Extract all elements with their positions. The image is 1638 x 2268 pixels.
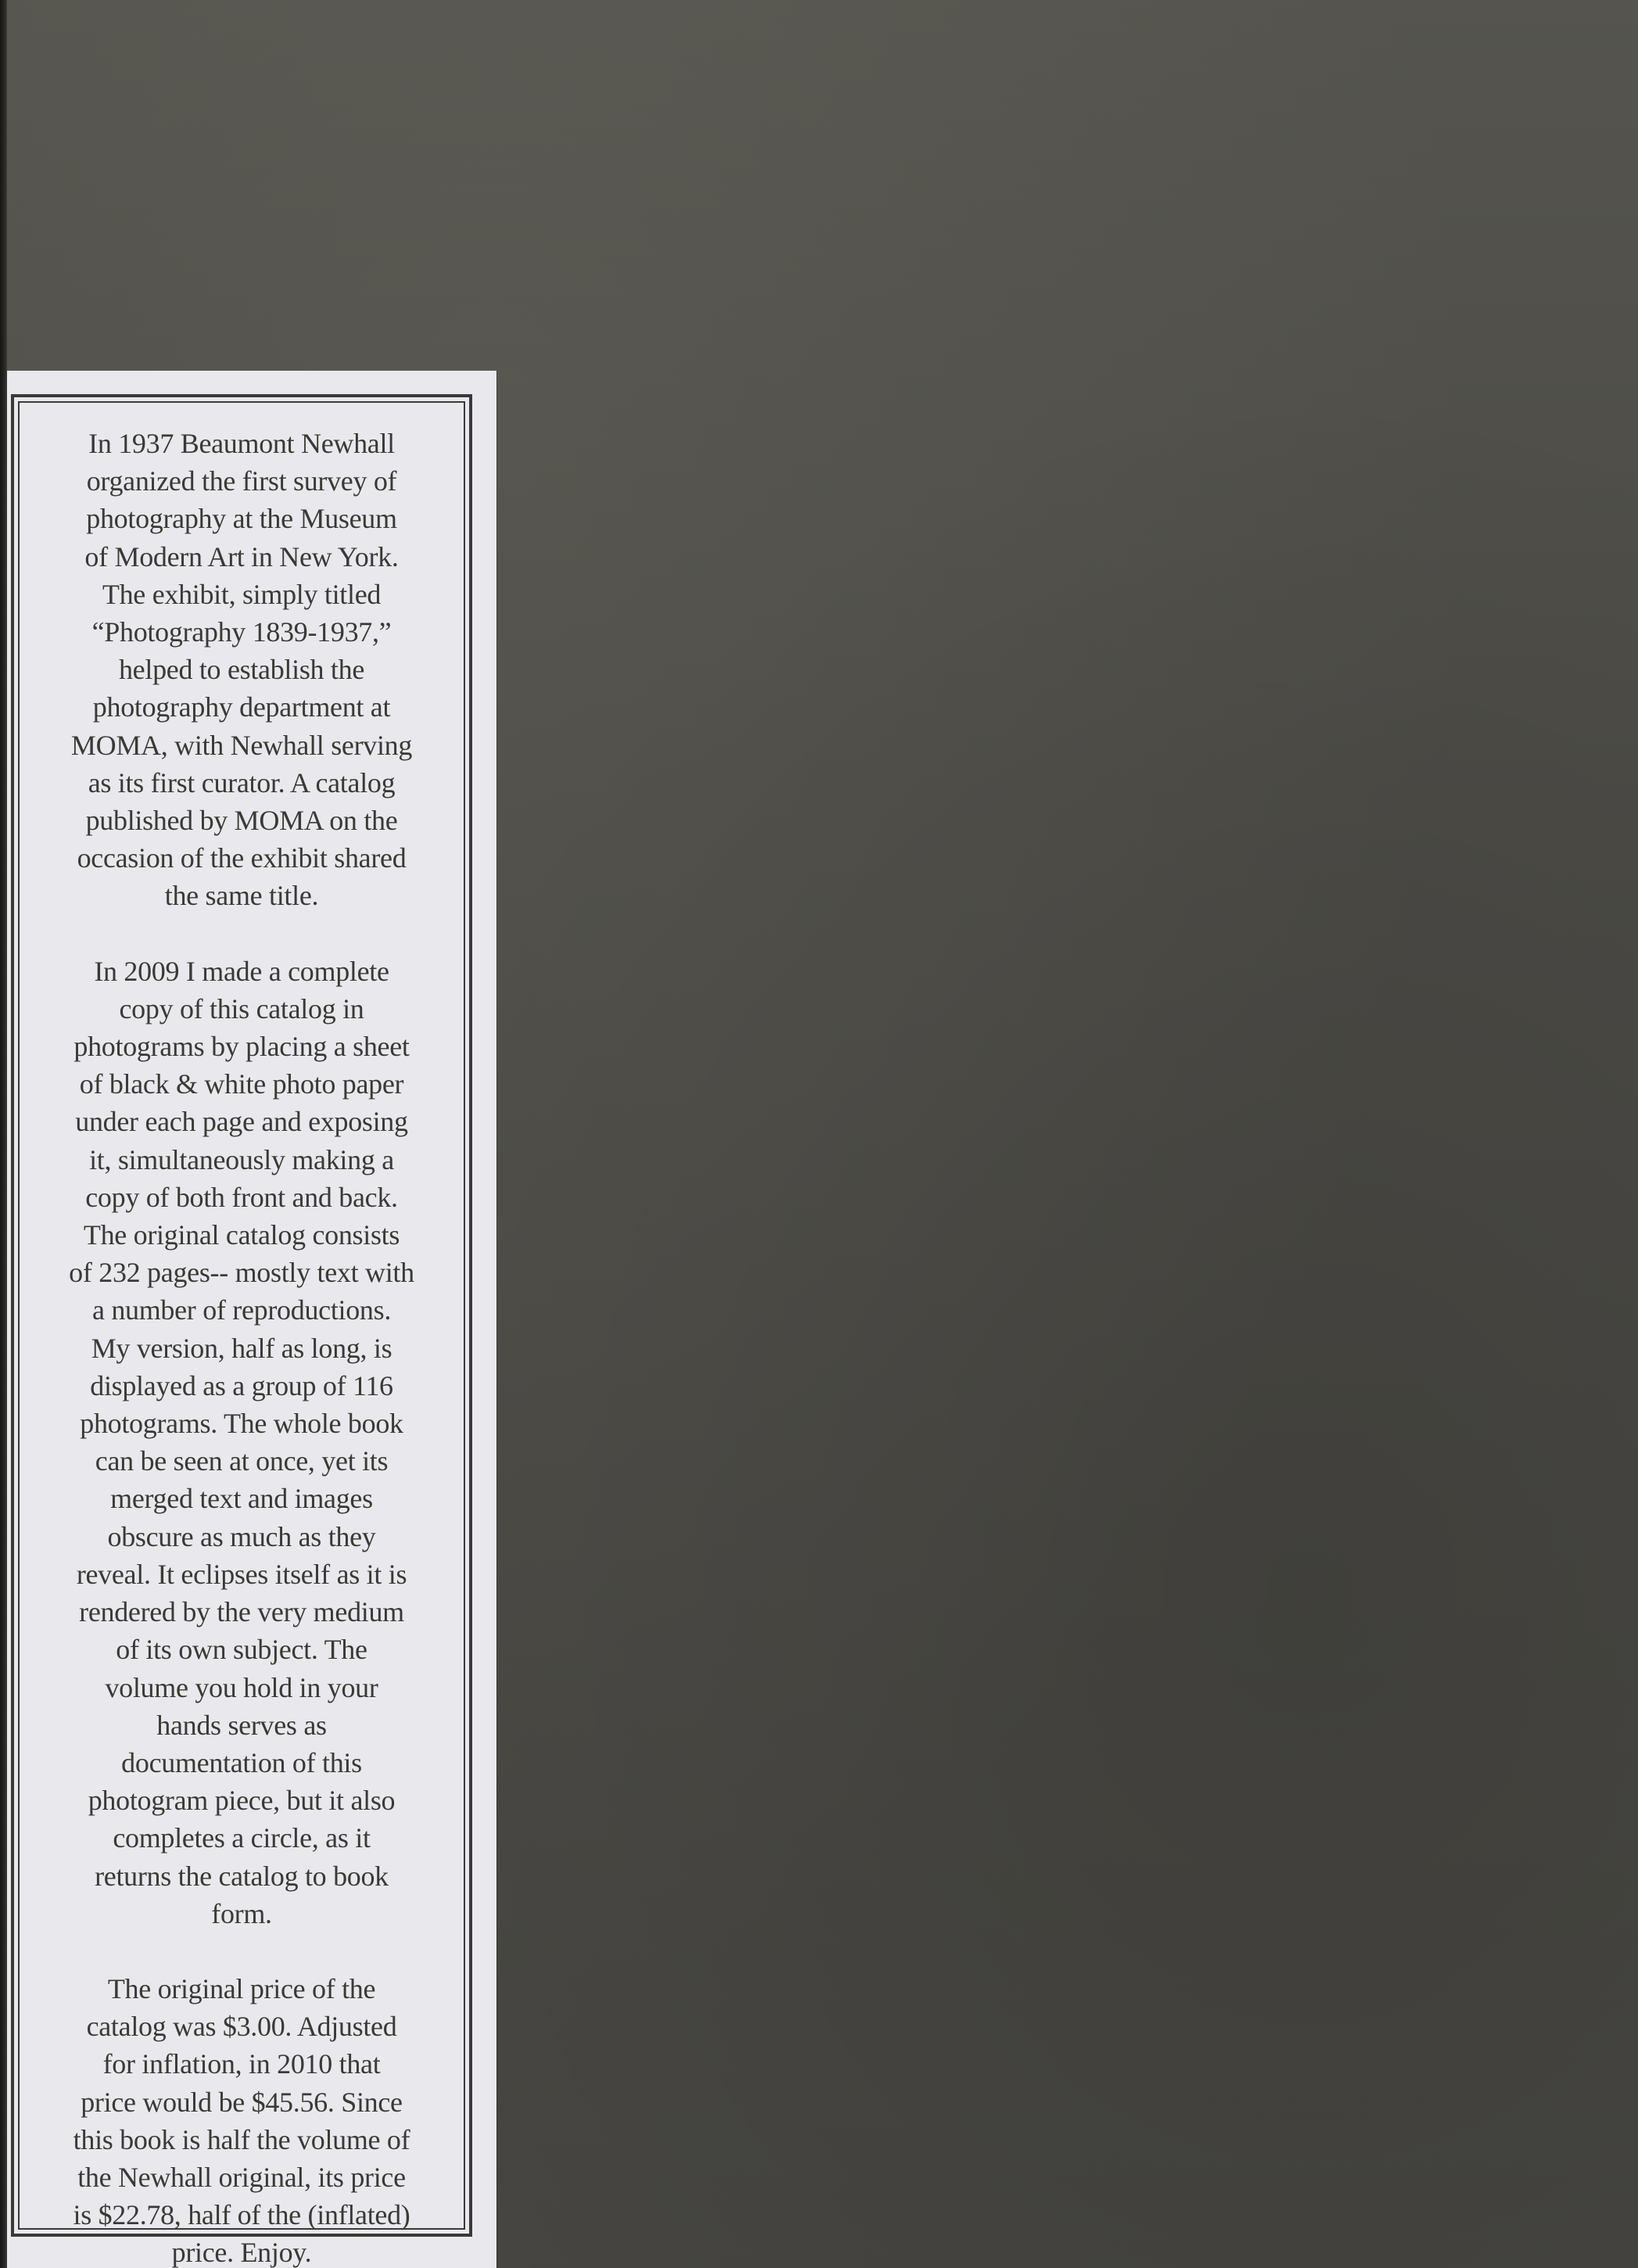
text-line: photograms. The whole book (30, 1405, 453, 1442)
label-text: In 1937 Beaumont Newhall organized the f… (30, 425, 453, 2268)
text-line: published by MOMA on the (30, 802, 453, 839)
text-line: this book is half the volume of (30, 2121, 453, 2159)
text-line: occasion of the exhibit shared (30, 839, 453, 877)
text-line: price would be $45.56. Since (30, 2083, 453, 2121)
text-line: organized the first survey of (30, 462, 453, 500)
text-line: the Newhall original, its price (30, 2159, 453, 2196)
text-line: can be seen at once, yet its (30, 1442, 453, 1480)
description-label: In 1937 Beaumont Newhall organized the f… (7, 371, 496, 2268)
label-border-inner: In 1937 Beaumont Newhall organized the f… (18, 401, 465, 2230)
text-line: catalog was $3.00. Adjusted (30, 2008, 453, 2045)
text-line: MOMA, with Newhall serving (30, 727, 453, 764)
text-line: completes a circle, as it (30, 1819, 453, 1857)
spine-edge (0, 0, 7, 2268)
text-line: The original catalog consists (30, 1216, 453, 1254)
text-line: hands serves as (30, 1706, 453, 1744)
text-line: for inflation, in 2010 that (30, 2045, 453, 2083)
text-line: form. (30, 1895, 453, 1932)
text-line: displayed as a group of 116 (30, 1367, 453, 1405)
text-line: merged text and images (30, 1480, 453, 1517)
text-line: as its first curator. A catalog (30, 764, 453, 802)
text-line: price. Enjoy. (30, 2234, 453, 2268)
text-line: volume you hold in your (30, 1669, 453, 1706)
paragraph-price: The original price of the catalog was $3… (30, 1970, 453, 2268)
text-line: of Modern Art in New York. (30, 538, 453, 576)
text-line: photography department at (30, 688, 453, 726)
paragraph-project: In 2009 I made a complete copy of this c… (30, 953, 453, 1932)
text-line: photogram piece, but it also (30, 1782, 453, 1819)
text-line: helped to establish the (30, 651, 453, 688)
book-cover: In 1937 Beaumont Newhall organized the f… (0, 0, 1638, 2268)
text-line: In 2009 I made a complete (30, 953, 453, 990)
text-line: is $22.78, half of the (inflated) (30, 2196, 453, 2234)
text-line: of 232 pages-- mostly text with (30, 1254, 453, 1291)
text-line: reveal. It eclipses itself as it is (30, 1556, 453, 1593)
text-line: copy of both front and back. (30, 1179, 453, 1216)
text-line: rendered by the very medium (30, 1593, 453, 1631)
text-line: a number of reproductions. (30, 1291, 453, 1329)
text-line: the same title. (30, 877, 453, 914)
text-line: documentation of this (30, 1744, 453, 1782)
text-line: In 1937 Beaumont Newhall (30, 425, 453, 462)
text-line: copy of this catalog in (30, 990, 453, 1028)
paragraph-history: In 1937 Beaumont Newhall organized the f… (30, 425, 453, 915)
text-line: returns the catalog to book (30, 1857, 453, 1895)
label-border-outer: In 1937 Beaumont Newhall organized the f… (11, 394, 472, 2237)
text-line: photograms by placing a sheet (30, 1028, 453, 1065)
text-line: The exhibit, simply titled (30, 576, 453, 613)
text-line: it, simultaneously making a (30, 1141, 453, 1179)
text-line: under each page and exposing (30, 1103, 453, 1140)
text-line: “Photography 1839-1937,” (30, 613, 453, 651)
text-line: My version, half as long, is (30, 1330, 453, 1367)
text-line: of its own subject. The (30, 1631, 453, 1668)
text-line: photography at the Museum (30, 500, 453, 537)
text-line: of black & white photo paper (30, 1065, 453, 1103)
text-line: The original price of the (30, 1970, 453, 2008)
text-line: obscure as much as they (30, 1518, 453, 1556)
